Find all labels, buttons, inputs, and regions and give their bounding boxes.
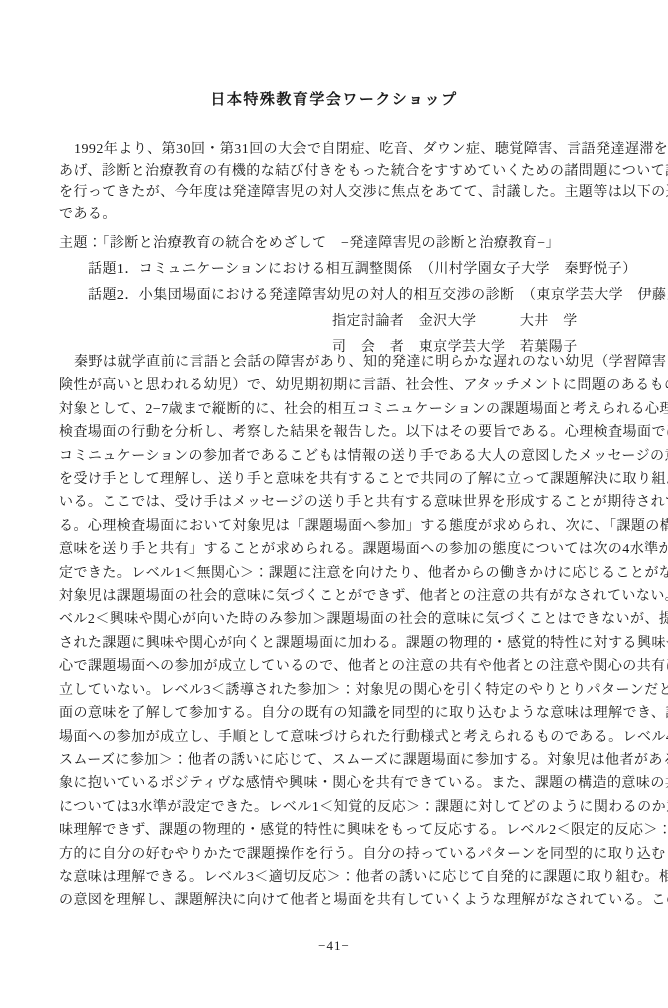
text-line: る。心理検査場面において対象児は「課題場面へ参加」する態度が求められ、次に、「課… bbox=[59, 515, 613, 538]
text-line: 象に抱いているポジティヴな感情や興味・関心を共有できている。また、課題の構造的意… bbox=[59, 772, 613, 795]
intro-paragraph: 1992年より、第30回・第31回の大会で自閉症、吃音、ダウン症、聴覚障害、言語… bbox=[59, 139, 613, 225]
text-line: を受け手として理解し、送り手と意味を共有することで共同の了解に立って課題解決に取… bbox=[59, 468, 613, 491]
text-line: の意図を理解し、課題解決に向けて他者と場面を共有していくような理解がなされている… bbox=[59, 889, 613, 912]
text-line: 意味を送り手と共有」することが求められる。課題場面への参加の態度については次の4… bbox=[59, 538, 613, 561]
text-line: 味理解できず、課題の物理的・感覚的特性に興味をもって反応する。レベル2＜限定的反… bbox=[59, 819, 613, 842]
text-line: 場面への参加が成立し、手順として意味づけられた行動様式と考えられるものである。レ… bbox=[59, 726, 613, 749]
text-line: 対象として、2−7歳まで縦断的に、社会的相互コミニュケーションの課題場面と考えら… bbox=[59, 398, 613, 421]
text-line: 検査場面の行動を分析し、考察した結果を報告した。以下はその要旨である。心理検査場… bbox=[59, 421, 613, 444]
text-line: 定できた。レベル1＜無関心＞：課題に注意を向けたり、他者からの働きかけに応じるこ… bbox=[59, 562, 613, 585]
text-line: 秦野は就学直前に言語と会話の障害があり、知的発達に明らかな遅れのない幼児（学習障… bbox=[59, 351, 613, 374]
text-line: された課題に興味や関心が向くと課題場面に加わる。課題の物理的・感覚的特性に対する… bbox=[59, 632, 613, 655]
agenda-section: 主題：「診断と治療教育の統合をめざして −発達障害児の診断と治療教育−」 話題1… bbox=[59, 231, 613, 361]
topic2-line: 話題2．小集団場面における発達障害幼児の対人的相互交渉の診断 （東京学芸大学 伊… bbox=[59, 283, 613, 309]
body-paragraph: 秦野は就学直前に言語と会話の障害があり、知的発達に明らかな遅れのない幼児（学習障… bbox=[59, 351, 613, 913]
text-line: 面の意味を了解して参加する。自分の既有の知識を同型的に取り込むような意味は理解で… bbox=[59, 702, 613, 725]
text-line: を行ってきたが、今年度は発達障害児の対人交渉に焦点をあてて、討議した。主題等は以… bbox=[59, 182, 613, 204]
page-title: 日本特殊教育学会ワークショップ bbox=[0, 88, 668, 109]
text-line: 方的に自分の好むやりかたで課題操作を行う。自分の持っているパターンを同型的に取り… bbox=[59, 843, 613, 866]
discussant-line: 指定討論者 金沢大学 大井 学 bbox=[59, 309, 613, 335]
topic1-line: 話題1．コミュニケーションにおける相互調整関係 （川村学園女子大学 秦野悦子） bbox=[59, 257, 613, 283]
text-line: については3水準が設定できた。レベル1＜知覚的反応＞：課題に対してどのように関わ… bbox=[59, 796, 613, 819]
text-line: あげ、診断と治療教育の有機的な結び付きをもった統合をすすめていくための諸問題につ… bbox=[59, 161, 613, 183]
text-line: 心で課題場面への参加が成立しているので、他者との注意の共有や他者との注意や関心の… bbox=[59, 655, 613, 678]
text-line: 対象児は課題場面の社会的意味に気づくことができず、他者との注意の共有がなされてい… bbox=[59, 585, 613, 608]
text-line: である。 bbox=[59, 204, 613, 226]
text-line: スムーズに参加＞：他者の誘いに応じて、スムーズに課題場面に参加する。対象児は他者… bbox=[59, 749, 613, 772]
page-number: −41− bbox=[0, 938, 668, 954]
text-line: 1992年より、第30回・第31回の大会で自閉症、吃音、ダウン症、聴覚障害、言語… bbox=[59, 139, 613, 161]
text-line: な意味は理解できる。レベル3＜適切反応＞：他者の誘いに応じて自発的に課題に取り組… bbox=[59, 866, 613, 889]
text-line: コミニュケーションの参加者であるこどもは情報の送り手である大人の意図したメッセー… bbox=[59, 445, 613, 468]
text-line: ベル2＜興味や関心が向いた時のみ参加＞課題場面の社会的意味に気づくことはできない… bbox=[59, 608, 613, 631]
text-line: いる。ここでは、受け手はメッセージの送り手と共有する意味世界を形成することが期待… bbox=[59, 491, 613, 514]
text-line: 険性が高いと思われる幼児）で、幼児期初期に言語、社会性、アタッチメントに問題のあ… bbox=[59, 374, 613, 397]
document-page: 日本特殊教育学会ワークショップ 1992年より、第30回・第31回の大会で自閉症… bbox=[0, 0, 668, 1008]
theme-line: 主題：「診断と治療教育の統合をめざして −発達障害児の診断と治療教育−」 bbox=[59, 231, 613, 257]
text-line: 立していない。レベル3＜誘導された参加＞：対象児の関心を引く特定のやりとりパター… bbox=[59, 679, 613, 702]
